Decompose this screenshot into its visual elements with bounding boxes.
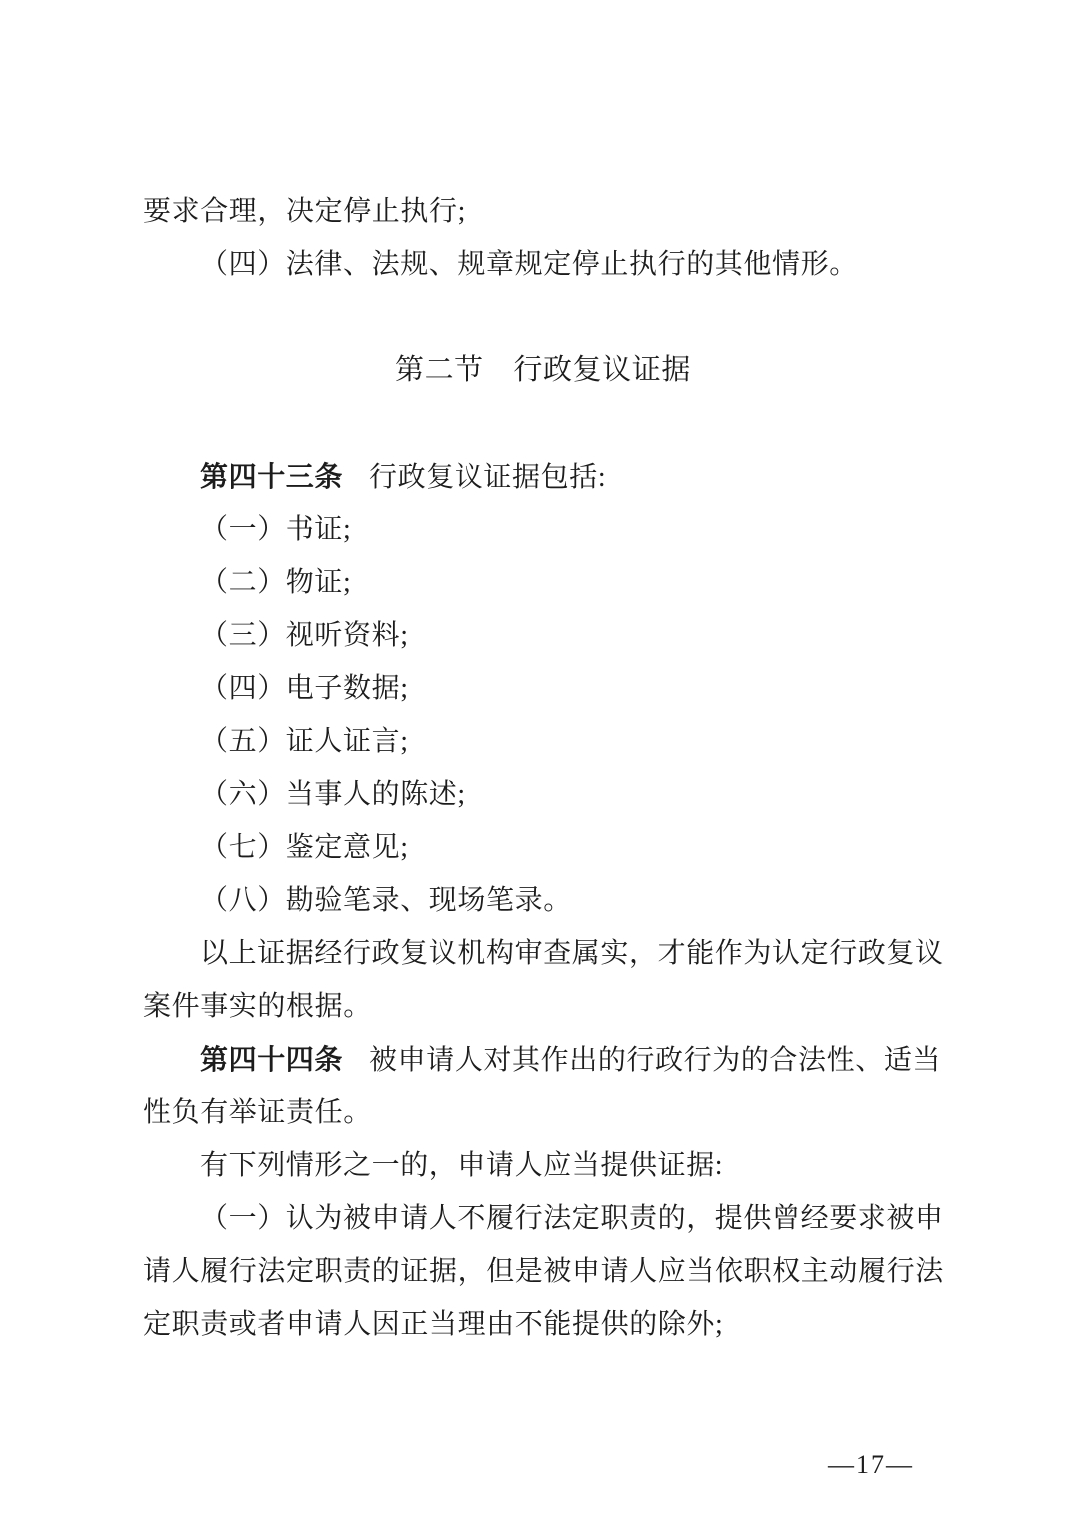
page-number: —17— bbox=[828, 1448, 914, 1482]
article-43-opening-line: 第四十三条行政复议证据包括: bbox=[143, 450, 943, 503]
article-44-line1-rest: 被申请人对其作出的行政行为的合法性、适当 bbox=[369, 1045, 941, 1076]
article-43-item-6: （六）当事人的陈述; bbox=[143, 768, 943, 821]
prev-article-item-4: （四）法律、法规、规章规定停止执行的其他情形。 bbox=[143, 238, 943, 291]
section-heading: 第二节 行政复议证据 bbox=[143, 344, 943, 397]
paragraph-continuation-line: 要求合理，决定停止执行; bbox=[143, 185, 943, 238]
article-43-item-4: （四）电子数据; bbox=[143, 662, 943, 715]
article-44-number: 第四十四条 bbox=[200, 1044, 343, 1075]
article-44-paragraph-2: 有下列情形之一的，申请人应当提供证据: bbox=[143, 1139, 943, 1192]
article-43-number: 第四十三条 bbox=[200, 461, 343, 492]
article-43-closing-line-1: 以上证据经行政复议机构审查属实，才能作为认定行政复议 bbox=[143, 927, 943, 980]
article-44-item-1-line-2: 请人履行法定职责的证据，但是被申请人应当依职权主动履行法 bbox=[143, 1245, 943, 1298]
document-body: 要求合理，决定停止执行; （四）法律、法规、规章规定停止执行的其他情形。 第二节… bbox=[143, 185, 943, 1351]
article-44-item-1-line-1: （一）认为被申请人不履行法定职责的，提供曾经要求被申 bbox=[143, 1192, 943, 1245]
article-43-closing-line-2: 案件事实的根据。 bbox=[143, 980, 943, 1033]
article-43-item-8: （八）勘验笔录、现场笔录。 bbox=[143, 874, 943, 927]
article-43-item-7: （七）鉴定意见; bbox=[143, 821, 943, 874]
article-43-item-3: （三）视听资料; bbox=[143, 609, 943, 662]
article-43-intro: 行政复议证据包括: bbox=[369, 462, 606, 493]
article-44-line-2: 性负有举证责任。 bbox=[143, 1086, 943, 1139]
article-43-item-2: （二）物证; bbox=[143, 556, 943, 609]
article-43-item-1: （一）书证; bbox=[143, 503, 943, 556]
article-44-opening-line: 第四十四条被申请人对其作出的行政行为的合法性、适当 bbox=[143, 1033, 943, 1086]
article-43-item-5: （五）证人证言; bbox=[143, 715, 943, 768]
article-44-item-1-line-3: 定职责或者申请人因正当理由不能提供的除外; bbox=[143, 1298, 943, 1351]
